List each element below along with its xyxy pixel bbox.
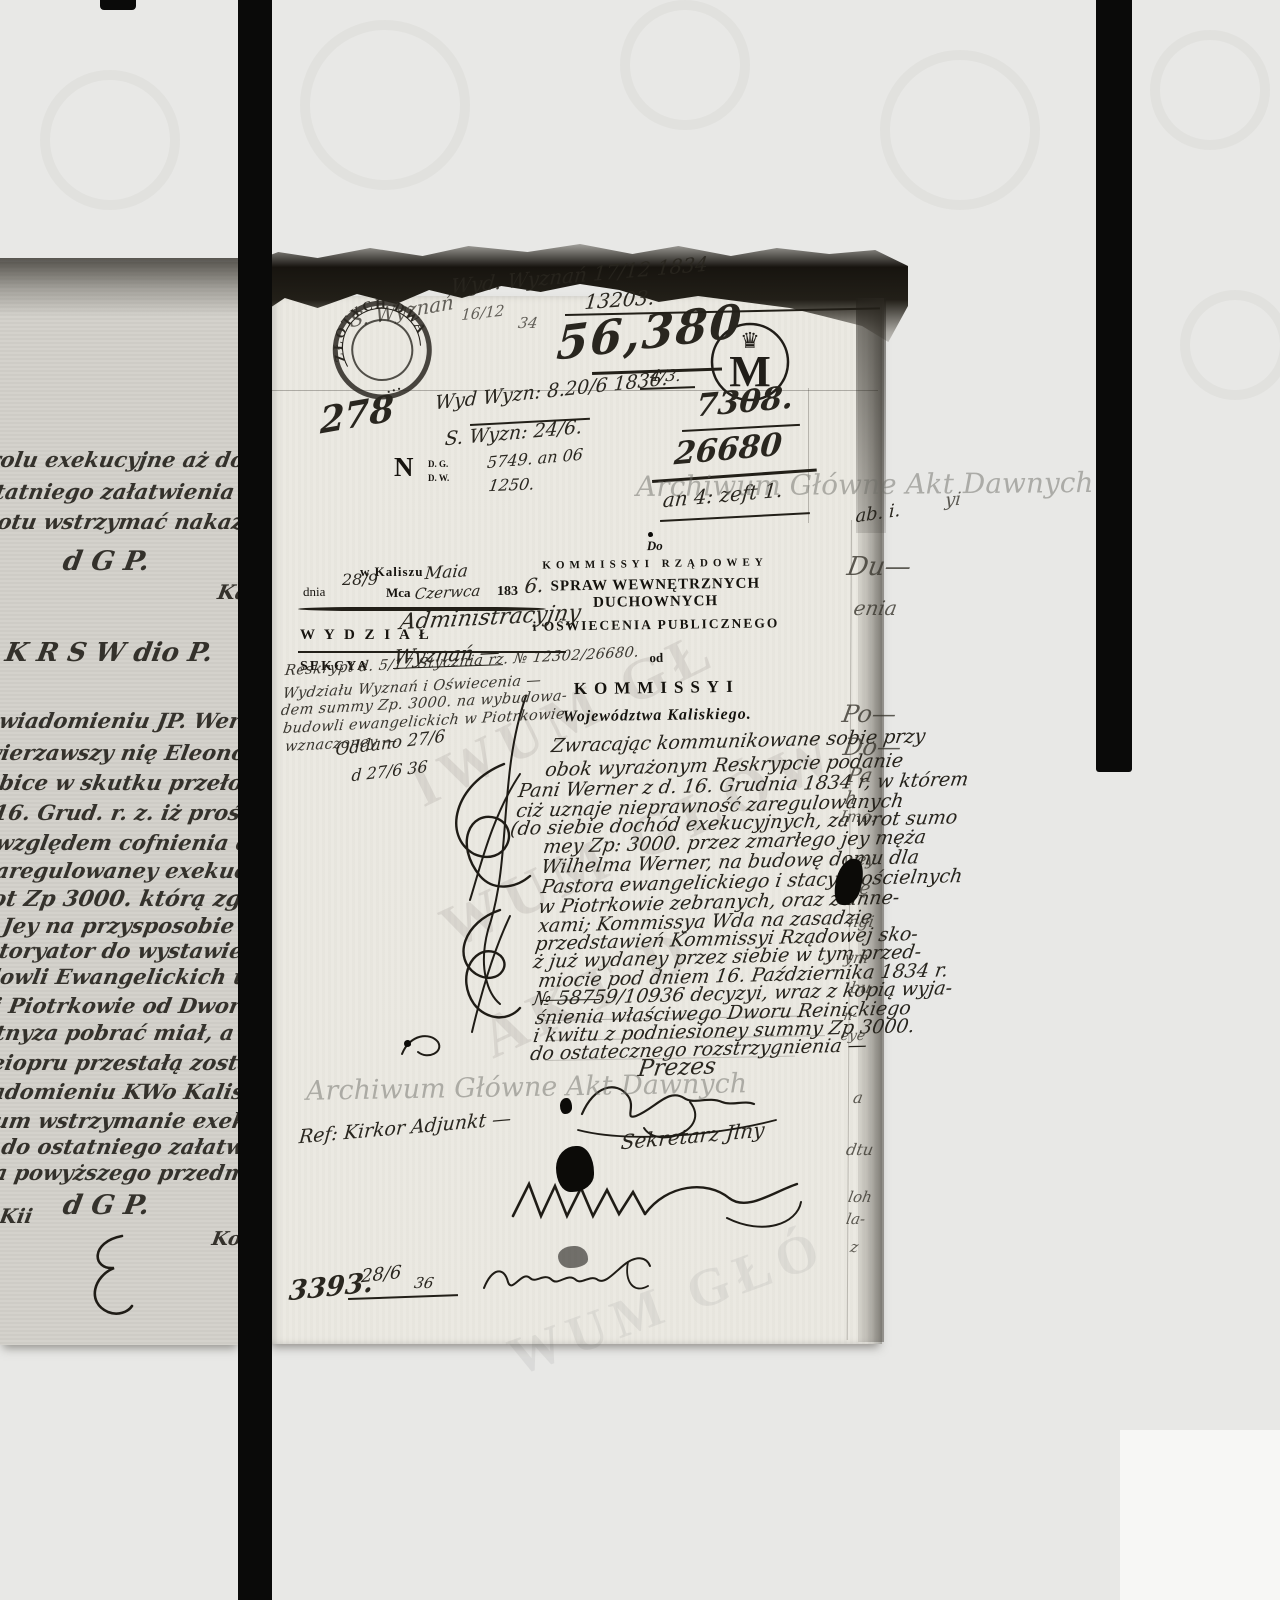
year-printed: 183 [497, 584, 518, 600]
dateline-rule [298, 607, 546, 611]
year-handwritten: 6. [523, 573, 545, 599]
left-page-torn-edge [0, 258, 240, 316]
letterhead-line1: KOMMISSYI RZĄDOWEY [499, 556, 811, 572]
letterhead-to: Do [499, 536, 811, 556]
left-page-flourish [78, 1228, 138, 1323]
letterhead-line4: KOMMISSYI [501, 676, 813, 700]
day-value: 28/9 [342, 570, 378, 589]
long-pen-stroke [466, 690, 536, 1010]
film-bar-top-mark [100, 0, 136, 10]
number-label: N [394, 452, 414, 483]
monogram-stamp: ♛ M [706, 318, 794, 404]
film-swirl [620, 0, 750, 130]
ink-dot [404, 1040, 411, 1047]
left-page [0, 262, 240, 1345]
month-value-alt: Czerwca [414, 582, 482, 604]
dg-label: D. G. [428, 459, 448, 469]
faint-ruled-line [270, 390, 878, 391]
film-swirl [300, 20, 470, 190]
underline-stroke [298, 651, 566, 653]
film-bar-left [238, 0, 272, 1600]
film-swirl [40, 70, 180, 210]
month-label: Mca [386, 585, 411, 601]
ink-smudge [558, 1246, 588, 1268]
month-value: Maia [424, 561, 469, 584]
dw-label: D. W. [428, 473, 449, 483]
sekretarz-signature [505, 1162, 805, 1242]
ink-dot [648, 532, 653, 537]
dnia-label: dnia [303, 584, 325, 600]
archival-document-scan: IWUM GŁ WUM GŁÓW AKT D WUM GŁÓ ZŁOTYCH D… [0, 0, 1280, 1600]
archive-watermark: Archiwum Główne Akt Dawnych [636, 466, 1094, 503]
letterhead: Do KOMMISSYI RZĄDOWEY SPRAW WEWNĘTRZNYCH… [499, 536, 814, 727]
film-frame-corner [1120, 1430, 1280, 1600]
monogram-letter: M [729, 347, 771, 396]
film-swirl [1180, 290, 1280, 400]
film-swirl [880, 50, 1040, 210]
ink-blot [556, 1146, 594, 1192]
sekcya-label: SEKCYA [300, 659, 369, 675]
page-crease [808, 388, 809, 523]
film-bar-right [1096, 0, 1132, 772]
film-swirl [1150, 30, 1270, 150]
